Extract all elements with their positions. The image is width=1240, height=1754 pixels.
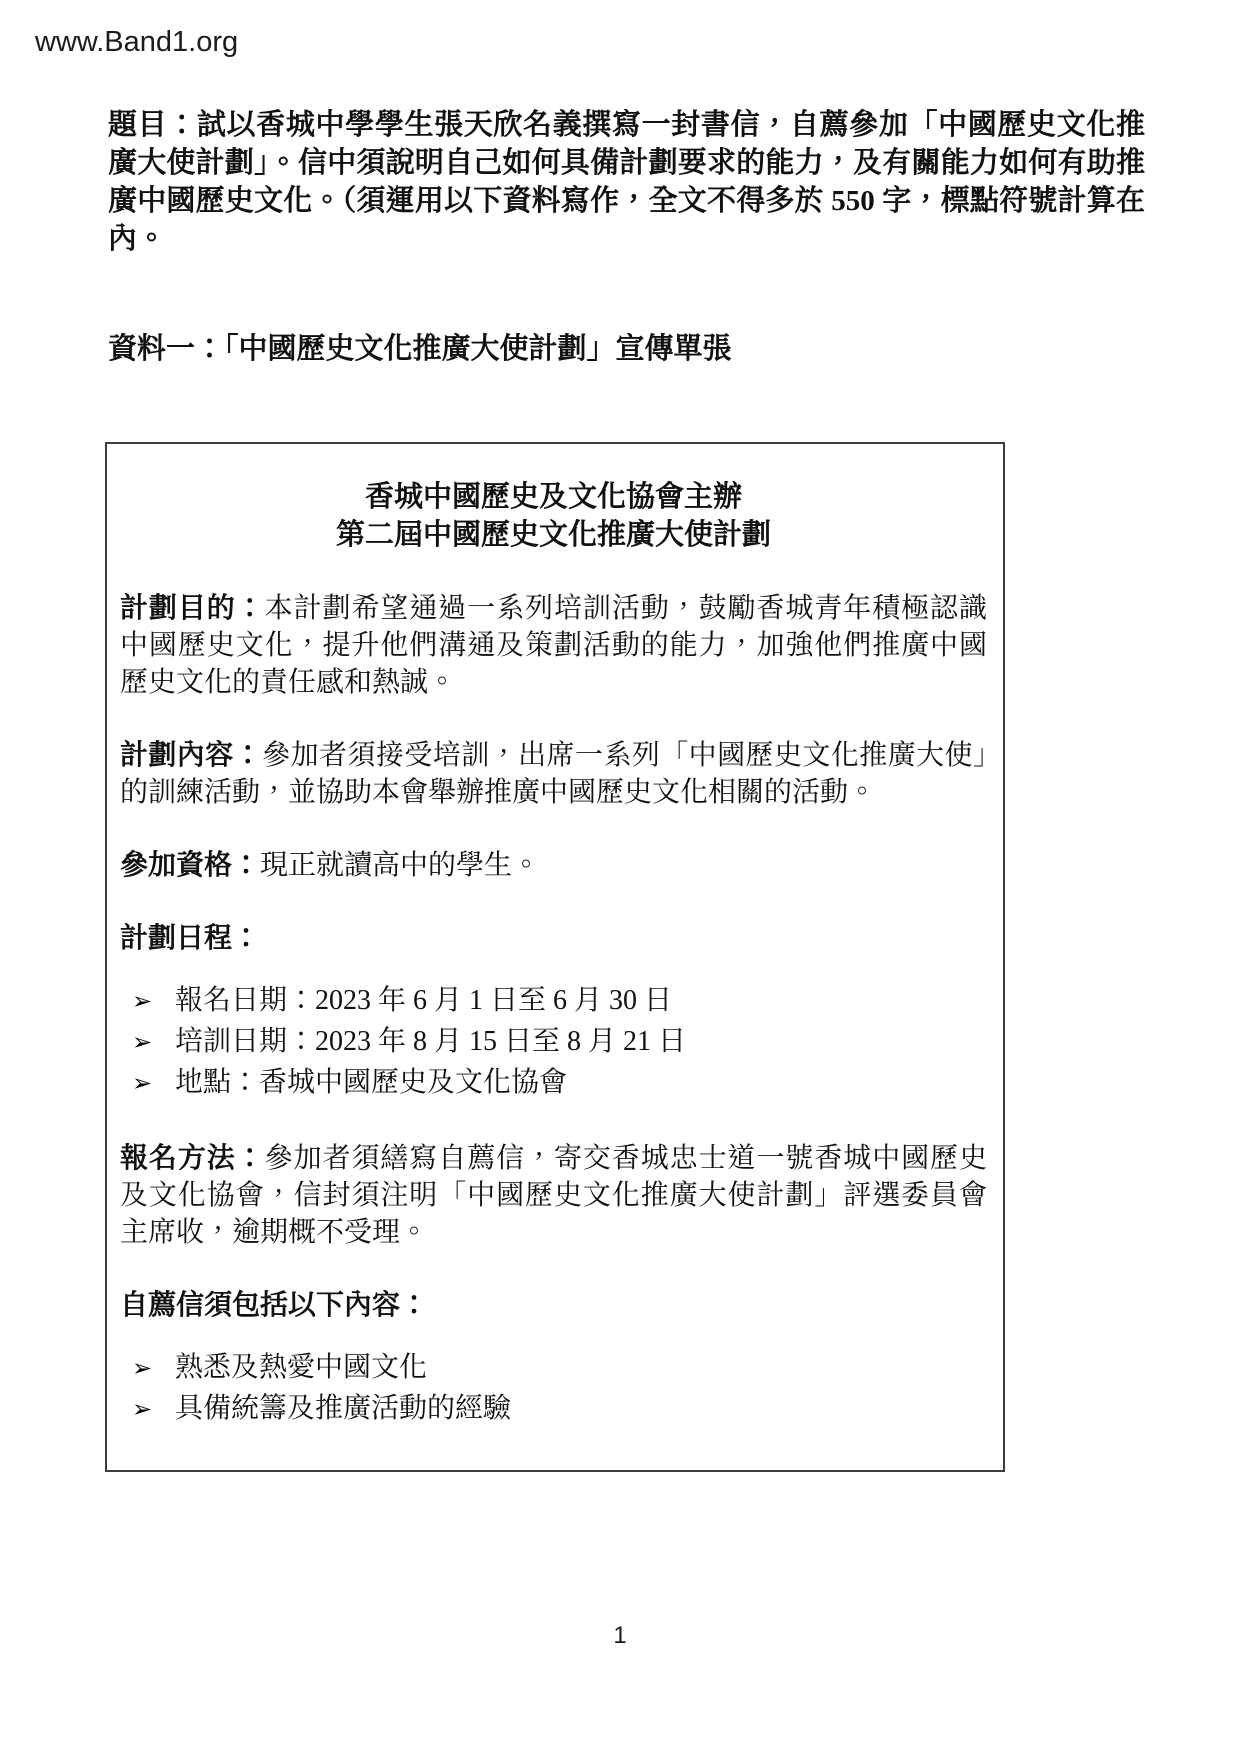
- list-item: ➢ 具備統籌及推廣活動的經驗: [120, 1389, 987, 1430]
- schedule-heading: 計劃日程：: [120, 920, 987, 957]
- section-eligibility-label: 參加資格：: [120, 850, 260, 881]
- section-content-label: 計劃內容：: [120, 740, 262, 771]
- list-item: ➢ 地點：香城中國歷史及文化協會: [120, 1063, 987, 1104]
- section-purpose: 計劃目的：本計劃希望通過一系列培訓活動，鼓勵香城青年積極認識中國歷史文化，提升他…: [120, 590, 987, 701]
- section-eligibility: 參加資格：現正就讀高中的學生。: [120, 847, 987, 884]
- requirements-list: ➢ 熟悉及熱愛中國文化 ➢ 具備統籌及推廣活動的經驗: [120, 1348, 987, 1430]
- requirements-heading: 自薦信須包括以下內容：: [120, 1287, 987, 1324]
- section-purpose-label: 計劃目的：: [120, 593, 265, 624]
- schedule-list: ➢ 報名日期：2023 年 6 月 1 日至 6 月 30 日 ➢ 培訓日期：2…: [120, 981, 987, 1104]
- arrow-bullet-icon: ➢: [132, 1064, 158, 1104]
- section-application-label: 報名方法：: [120, 1143, 265, 1174]
- site-watermark: www.Band1.org: [35, 26, 238, 59]
- document-page: 題目：試以香城中學學生張天欣名義撰寫一封書信，自薦參加「中國歷史文化推廣大使計劃…: [0, 0, 1240, 1472]
- arrow-bullet-icon: ➢: [132, 1390, 158, 1430]
- schedule-item-training-dates: 培訓日期：2023 年 8 月 15 日至 8 月 21 日: [175, 1022, 686, 1062]
- list-item: ➢ 報名日期：2023 年 6 月 1 日至 6 月 30 日: [120, 981, 987, 1022]
- section-application-method: 報名方法：參加者須繕寫自薦信，寄交香城忠士道一號香城中國歷史及文化協會，信封須注…: [120, 1140, 987, 1251]
- arrow-bullet-icon: ➢: [132, 1349, 158, 1389]
- arrow-bullet-icon: ➢: [132, 1023, 158, 1063]
- section-content: 計劃內容：參加者須接受培訓，出席一系列「中國歷史文化推廣大使」的訓練活動，並協助…: [120, 737, 987, 811]
- requirement-item-culture: 熟悉及熱愛中國文化: [175, 1348, 427, 1388]
- section-eligibility-text: 現正就讀高中的學生。: [260, 850, 540, 881]
- page-number: 1: [0, 1622, 1240, 1650]
- flyer-organizer-title: 香城中國歷史及文化協會主辦: [120, 478, 987, 516]
- source-one-heading: 資料一：「中國歷史文化推廣大使計劃」宣傳單張: [108, 330, 1145, 368]
- exam-question-text: 題目：試以香城中學學生張天欣名義撰寫一封書信，自薦參加「中國歷史文化推廣大使計劃…: [108, 0, 1145, 258]
- flyer-box: 香城中國歷史及文化協會主辦 第二屆中國歷史文化推廣大使計劃 計劃目的：本計劃希望…: [105, 442, 1005, 1472]
- list-item: ➢ 培訓日期：2023 年 8 月 15 日至 8 月 21 日: [120, 1022, 987, 1063]
- schedule-item-venue: 地點：香城中國歷史及文化協會: [175, 1063, 567, 1103]
- requirement-item-experience: 具備統籌及推廣活動的經驗: [175, 1389, 511, 1429]
- arrow-bullet-icon: ➢: [132, 982, 158, 1022]
- list-item: ➢ 熟悉及熱愛中國文化: [120, 1348, 987, 1389]
- flyer-programme-title: 第二屆中國歷史文化推廣大使計劃: [120, 516, 987, 554]
- schedule-item-registration-dates: 報名日期：2023 年 6 月 1 日至 6 月 30 日: [175, 981, 672, 1021]
